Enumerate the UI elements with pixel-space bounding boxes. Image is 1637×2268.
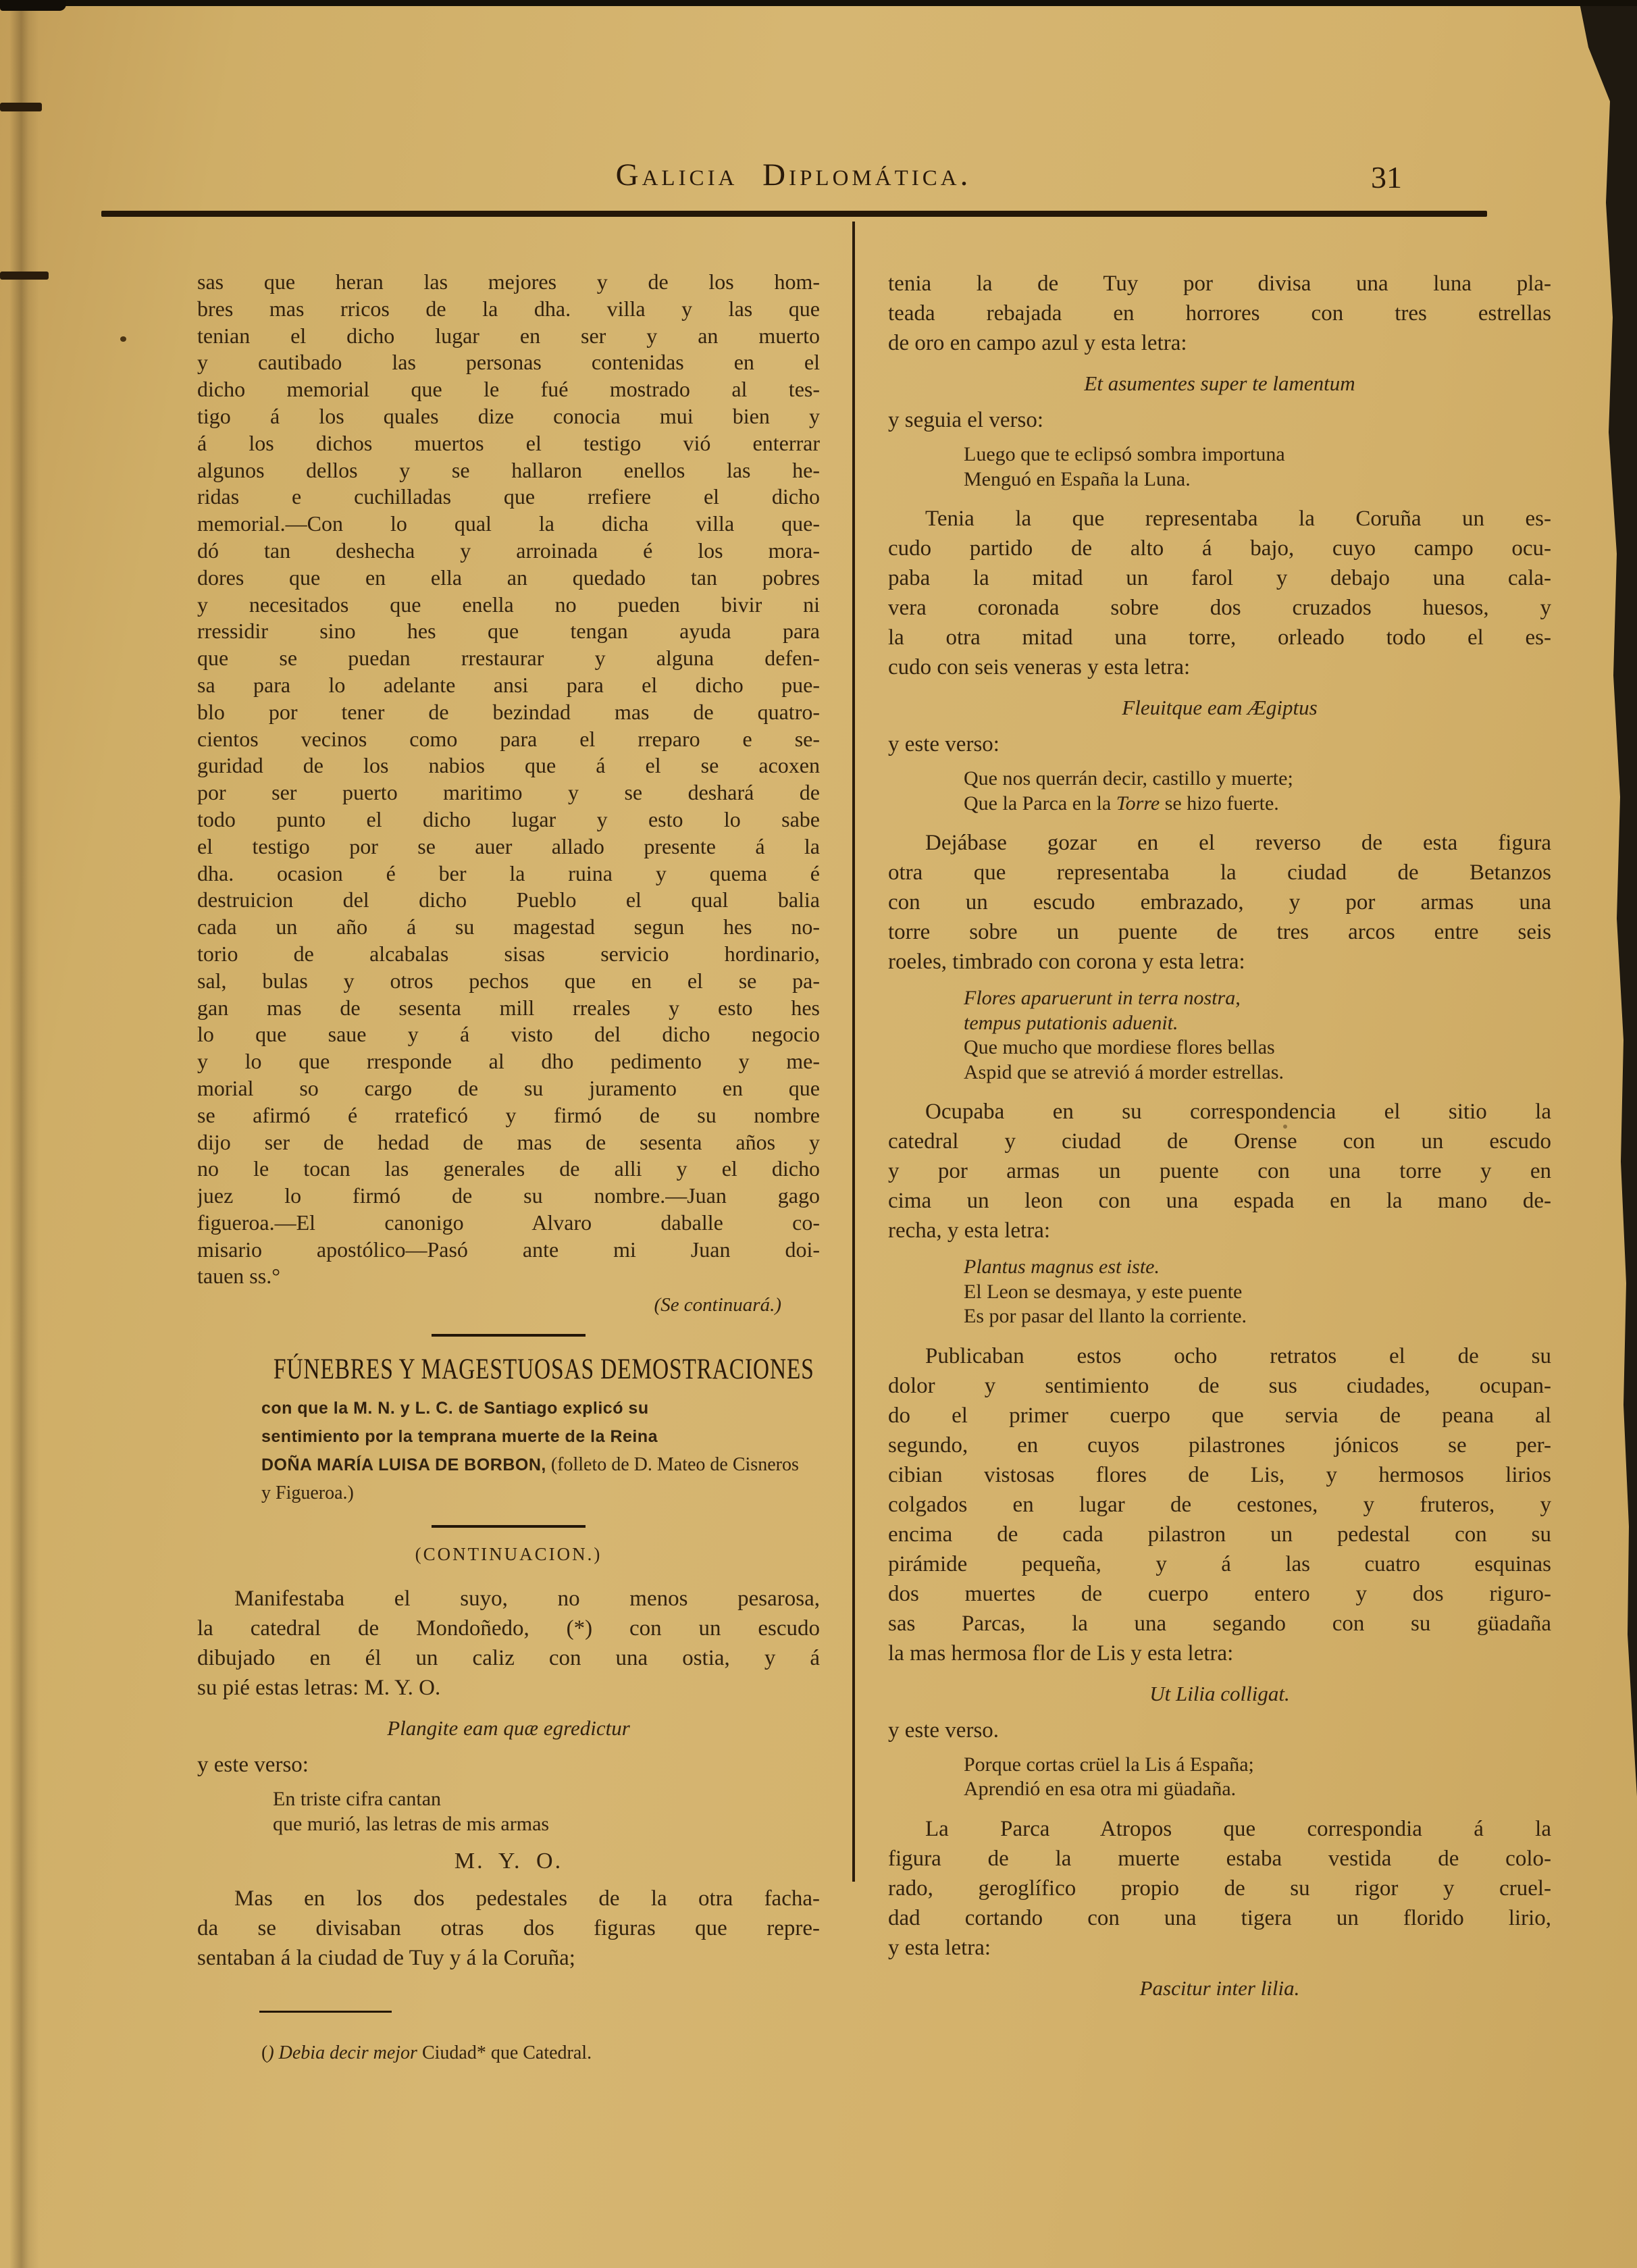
continuation-notice: (Se continuará.) bbox=[197, 1294, 820, 1316]
text-line: la otra mitad una torre, orleado todo el… bbox=[888, 623, 1551, 652]
text-line: teada rebajada en horrores con tres estr… bbox=[888, 299, 1551, 328]
section-subtitle: con que la M. N. y L. C. de Santiago exp… bbox=[197, 1394, 820, 1507]
text-line: Dejábase gozar en el reverso de esta fig… bbox=[888, 828, 1551, 858]
verse-intro: y este verso: bbox=[888, 732, 1551, 757]
subtitle-line: sentimiento por la temprana muerte de la… bbox=[261, 1422, 814, 1451]
text-line: dos muertes de cuerpo entero y dos rigur… bbox=[888, 1579, 1551, 1609]
section-rule bbox=[432, 1525, 586, 1528]
text-line: á los dichos muertos el testigo vió ente… bbox=[197, 430, 820, 457]
text-line: cada un año á su magestad segun hes no- bbox=[197, 914, 820, 941]
text-line: torio de alcabalas sisas servicio hordin… bbox=[197, 941, 820, 968]
text-line: Tenia la que representaba la Coruña un e… bbox=[888, 504, 1551, 534]
binding-stitch bbox=[0, 103, 42, 111]
text-line: colgados en lugar de cestones, y frutero… bbox=[888, 1490, 1551, 1520]
text-line: blo por tener de bezindad mas de quatro- bbox=[197, 699, 820, 726]
right-column: tenia la de Tuy por divisa una luna pla-… bbox=[888, 269, 1551, 2013]
verse-intro: y este verso: bbox=[197, 1753, 820, 1778]
text-line: figueroa.—El canonigo Alvaro daballe co- bbox=[197, 1210, 820, 1237]
text-line: con un escudo embrazado, y por armas una bbox=[888, 887, 1551, 917]
text-line: torre sobre un puente de tres arcos entr… bbox=[888, 917, 1551, 947]
paragraph: tenia la de Tuy por divisa una luna pla-… bbox=[888, 269, 1551, 358]
text-line: memorial.—Con lo qual la dicha villa que… bbox=[197, 511, 820, 538]
column-divider bbox=[852, 222, 855, 1882]
text-line: Mas en los dos pedestales de la otra fac… bbox=[197, 1884, 820, 1913]
footnote-rule bbox=[259, 2011, 392, 2013]
text-line: sas Parcas, la una segando con su güadañ… bbox=[888, 1609, 1551, 1639]
verse-line: Flores aparuerunt in terra nostra, bbox=[964, 986, 1551, 1011]
paragraph: Manifestaba el suyo, no menos pesarosa,l… bbox=[197, 1584, 820, 1703]
latin-motto: Fleuitque eam Ægiptus bbox=[888, 696, 1551, 720]
text-line: cudo partido de alto á bajo, cuyo campo … bbox=[888, 534, 1551, 563]
continuation-label: (CONTINUACION.) bbox=[197, 1544, 820, 1565]
verse-line: Que nos querrán decir, castillo y muerte… bbox=[964, 767, 1551, 792]
verse-intro: y seguia el verso: bbox=[888, 408, 1551, 433]
left-column: sas que heran las mejores y de los hom-b… bbox=[197, 269, 820, 2064]
verse-block: Flores aparuerunt in terra nostra,tempus… bbox=[964, 986, 1551, 1085]
scan-top-edge bbox=[0, 0, 1637, 6]
text-line: dijo ser de hedad de mas de sesenta años… bbox=[197, 1129, 820, 1156]
subtitle-line: DOÑA MARÍA LUISA DE BORBON, (folleto de … bbox=[261, 1451, 814, 1479]
page-number: 31 bbox=[1371, 159, 1402, 195]
text-line: y por armas un puente con una torre y en bbox=[888, 1156, 1551, 1186]
verse-line: Aspid que se atrevió á morder estrellas. bbox=[964, 1060, 1551, 1085]
text-line: Ocupaba en su correspondencia el sitio l… bbox=[888, 1097, 1551, 1127]
verse-block: En triste cifra cantanque murió, las let… bbox=[273, 1787, 820, 1836]
latin-motto: Plangite eam quæ egredictur bbox=[197, 1716, 820, 1741]
verse-line: Menguó en España la Luna. bbox=[964, 467, 1551, 492]
text-line: dores que en ella an quedado tan pobres bbox=[197, 565, 820, 592]
text-line: dha. ocasion é ber la ruina y quema é bbox=[197, 860, 820, 887]
latin-motto: Pascitur inter lilia. bbox=[888, 1976, 1551, 2001]
text-line: rado, geroglífico propio de su rigor y c… bbox=[888, 1874, 1551, 1903]
subtitle-line: con que la M. N. y L. C. de Santiago exp… bbox=[261, 1394, 814, 1422]
paragraph: Mas en los dos pedestales de la otra fac… bbox=[197, 1884, 820, 1973]
verse-block: Que nos querrán decir, castillo y muerte… bbox=[964, 767, 1551, 816]
text-line: vera coronada sobre dos cruzados huesos,… bbox=[888, 593, 1551, 623]
text-line: catedral y ciudad de Orense con un escud… bbox=[888, 1127, 1551, 1156]
verse-line: El Leon se desmaya, y este puente bbox=[964, 1280, 1551, 1305]
text-line: da se divisaban otras dos figuras que re… bbox=[197, 1913, 820, 1943]
verse-line: tempus putationis aduenit. bbox=[964, 1011, 1551, 1036]
footnote: () Debia decir mejor Ciudad* que Catedra… bbox=[197, 2042, 820, 2064]
journal-title: Galicia Diplomática. bbox=[616, 157, 972, 192]
text-line: segundo, en cuyos pilastrones jónicos se… bbox=[888, 1431, 1551, 1460]
text-line: y necesitados que enella no pueden bivir… bbox=[197, 592, 820, 619]
binding-crease bbox=[9, 0, 39, 2268]
text-line: cima un leon con una espada en la mano d… bbox=[888, 1186, 1551, 1216]
text-line: algunos dellos y se hallaron enellos las… bbox=[197, 457, 820, 484]
text-line: no le tocan las generales de alli y el d… bbox=[197, 1156, 820, 1183]
text-line: sal, bulas y otros pechos que en el se p… bbox=[197, 968, 820, 995]
text-line: y esta letra: bbox=[888, 1933, 1551, 1963]
scanned-document-page: Galicia Diplomática. 31 sas que heran la… bbox=[0, 0, 1637, 2268]
text-line: rressidir sino hes que tengan ayuda para bbox=[197, 618, 820, 645]
text-line: cudo con seis veneras y esta letra: bbox=[888, 652, 1551, 682]
text-line: dó tan deshecha y arroinada é los mora- bbox=[197, 538, 820, 565]
text-line: ridas e cuchilladas que rrefiere el dich… bbox=[197, 484, 820, 511]
paragraph: Tenia la que representaba la Coruña un e… bbox=[888, 504, 1551, 682]
section-heading-text: FÚNEBRES Y MAGESTUOSAS DEMOSTRACIONES bbox=[274, 1353, 814, 1386]
page-header: Galicia Diplomática. bbox=[101, 157, 1486, 193]
paragraph: sas que heran las mejores y de los hom-b… bbox=[197, 269, 820, 1290]
latin-motto: Et asumentes super te lamentum bbox=[888, 371, 1551, 396]
section-heading: FÚNEBRES Y MAGESTUOSAS DEMOSTRACIONES bbox=[197, 1353, 820, 1386]
text-line: cibian vistosas flores de Lis, y hermoso… bbox=[888, 1460, 1551, 1490]
verse-line: Es por pasar del llanto la corriente. bbox=[964, 1304, 1551, 1329]
text-line: tauen ss.° bbox=[197, 1263, 820, 1290]
verse-line: Aprendió en esa otra mi güadaña. bbox=[964, 1777, 1551, 1802]
text-line: bres mas rricos de la dha. villa y las q… bbox=[197, 296, 820, 323]
binding-stitch bbox=[0, 272, 49, 280]
paragraph: Dejábase gozar en el reverso de esta fig… bbox=[888, 828, 1551, 977]
verse-line: Que la Parca en la Torre se hizo fuerte. bbox=[964, 792, 1551, 817]
text-line: lo que saue y á visto del dicho negocio bbox=[197, 1021, 820, 1048]
text-line: por ser puerto maritimo y se deshará de bbox=[197, 779, 820, 806]
text-line: todo punto el dicho lugar y esto lo sabe bbox=[197, 806, 820, 833]
text-line: roeles, timbrado con corona y esta letra… bbox=[888, 947, 1551, 977]
paragraph: Publicaban estos ocho retratos el de sud… bbox=[888, 1341, 1551, 1668]
scan-corner-mark bbox=[0, 0, 66, 11]
text-line: que se puedan rrestaurar y alguna defen- bbox=[197, 645, 820, 672]
text-line: morial so cargo de su juramento en que bbox=[197, 1075, 820, 1102]
text-line: sentaban á la ciudad de Tuy y á la Coruñ… bbox=[197, 1943, 820, 1973]
centered-initials: M. Y. O. bbox=[197, 1849, 820, 1874]
text-line: encima de cada pilastron un pedestal con… bbox=[888, 1520, 1551, 1549]
text-line: la mas hermosa flor de Lis y esta letra: bbox=[888, 1639, 1551, 1668]
text-line: paba la mitad un farol y debajo una cala… bbox=[888, 563, 1551, 593]
header-rule bbox=[101, 211, 1487, 217]
latin-motto: Ut Lilia colligat. bbox=[888, 1682, 1551, 1706]
section-rule bbox=[432, 1334, 586, 1337]
verse-line: Luego que te eclipsó sombra importuna bbox=[964, 442, 1551, 467]
verse-intro: y este verso. bbox=[888, 1718, 1551, 1743]
text-line: dibujado en él un caliz con una ostia, y… bbox=[197, 1643, 820, 1673]
text-line: sa para lo adelante ansi para el dicho p… bbox=[197, 672, 820, 699]
subtitle-line: y Figueroa.) bbox=[261, 1479, 814, 1507]
text-line: pirámide pequeña, y á las cuatro esquina… bbox=[888, 1549, 1551, 1579]
verse-line: Que mucho que mordiese flores bellas bbox=[964, 1035, 1551, 1060]
verse-block: Luego que te eclipsó sombra importunaMen… bbox=[964, 442, 1551, 492]
verse-block: Plantus magnus est iste.El Leon se desma… bbox=[964, 1255, 1551, 1329]
text-line: el testigo por se auer allado presente á… bbox=[197, 833, 820, 860]
text-line: cientos vecinos como para el rreparo e s… bbox=[197, 726, 820, 753]
text-line: de oro en campo azul y esta letra: bbox=[888, 328, 1551, 358]
text-line: tenian el dicho lugar en ser y an muerto bbox=[197, 323, 820, 350]
text-line: sas que heran las mejores y de los hom- bbox=[197, 269, 820, 296]
verse-line: que murió, las letras de mis armas bbox=[273, 1812, 820, 1837]
verse-line: En triste cifra cantan bbox=[273, 1787, 820, 1812]
text-line: dicho memorial que le fué mostrado al te… bbox=[197, 376, 820, 403]
text-line: tigo á los quales dize conocia mui bien … bbox=[197, 403, 820, 430]
text-line: su pié estas letras: M. Y. O. bbox=[197, 1673, 820, 1703]
text-line: destruicion del dicho Pueblo el qual bal… bbox=[197, 887, 820, 914]
text-line: y lo que rresponde al dho pedimento y me… bbox=[197, 1048, 820, 1075]
text-line: Publicaban estos ocho retratos el de su bbox=[888, 1341, 1551, 1371]
text-line: misario apostólico—Pasó ante mi Juan doi… bbox=[197, 1237, 820, 1264]
paper-speck bbox=[120, 336, 126, 342]
text-line: se afirmó é rrateficó y firmó de su nomb… bbox=[197, 1102, 820, 1129]
text-line: tenia la de Tuy por divisa una luna pla- bbox=[888, 269, 1551, 299]
text-line: do el primer cuerpo que servia de peana … bbox=[888, 1401, 1551, 1431]
verse-block: Porque cortas crüel la Lis á España;Apre… bbox=[964, 1753, 1551, 1802]
paragraph: Ocupaba en su correspondencia el sitio l… bbox=[888, 1097, 1551, 1245]
text-line: y cautibado las personas contenidas en e… bbox=[197, 349, 820, 376]
verse-line: Plantus magnus est iste. bbox=[964, 1255, 1551, 1280]
text-line: dad cortando con una tigera un florido l… bbox=[888, 1903, 1551, 1933]
text-line: guridad de los nabios que á el se acoxen bbox=[197, 752, 820, 779]
text-line: recha, y esta letra: bbox=[888, 1216, 1551, 1245]
verse-line: Porque cortas crüel la Lis á España; bbox=[964, 1753, 1551, 1778]
text-line: juez lo firmó de su nombre.—Juan gago bbox=[197, 1183, 820, 1210]
text-line: Manifestaba el suyo, no menos pesarosa, bbox=[197, 1584, 820, 1614]
text-line: dolor y sentimiento de sus ciudades, ocu… bbox=[888, 1371, 1551, 1401]
text-line: la catedral de Mondoñedo, (*) con un esc… bbox=[197, 1614, 820, 1643]
text-line: La Parca Atropos que correspondia á la bbox=[888, 1814, 1551, 1844]
text-line: figura de la muerte estaba vestida de co… bbox=[888, 1844, 1551, 1874]
paragraph: La Parca Atropos que correspondia á lafi… bbox=[888, 1814, 1551, 1963]
text-line: otra que representaba la ciudad de Betan… bbox=[888, 858, 1551, 887]
text-line: gan mas de sesenta mill rreales y esto h… bbox=[197, 995, 820, 1022]
